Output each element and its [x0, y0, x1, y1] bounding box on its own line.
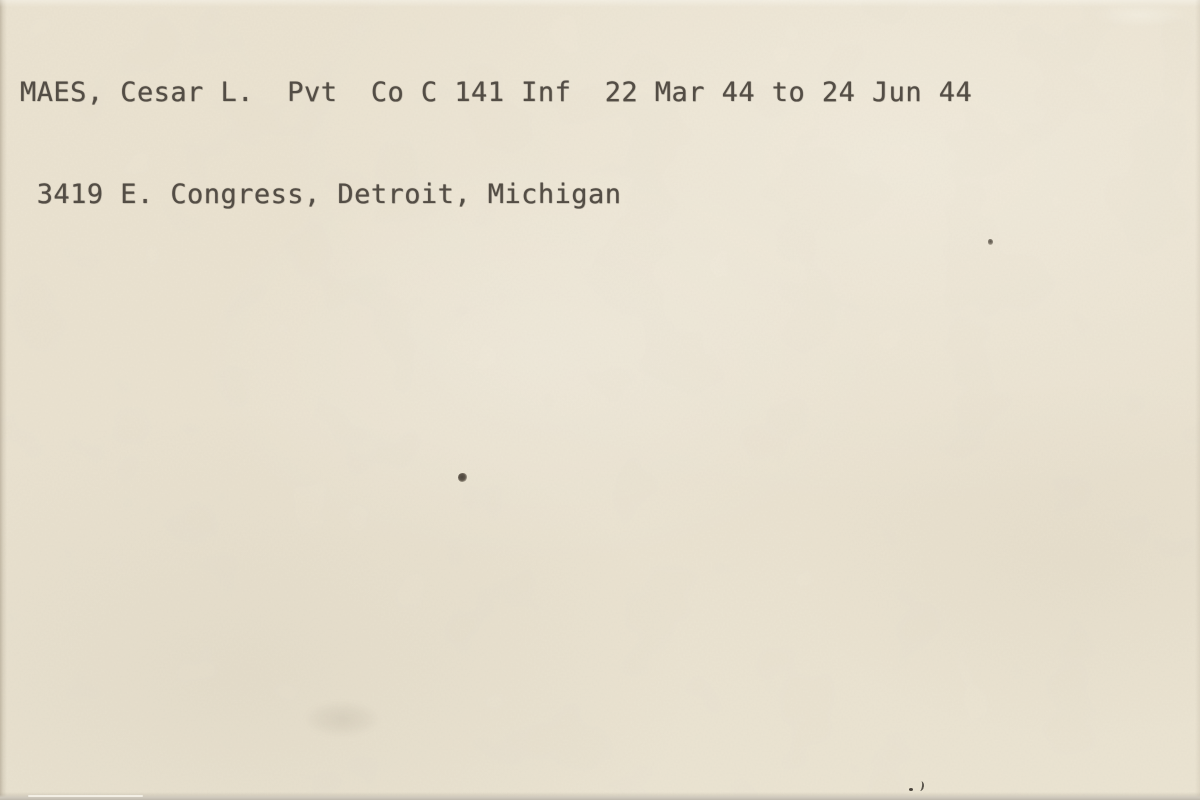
- scan-edge-highlight: [28, 795, 143, 798]
- dust-speck-upper-right: [988, 239, 993, 245]
- smudge-stain: [292, 696, 392, 742]
- scan-edge-bottom: [0, 792, 1200, 800]
- typed-line-address: 3419 E. Congress, Detroit, Michigan: [20, 178, 972, 212]
- card-edge-left: [0, 0, 7, 800]
- card-edge-right: [1195, 0, 1200, 800]
- ink-speck-center: [458, 473, 467, 482]
- card-edge-top: [0, 0, 1200, 7]
- typewritten-text-block: MAES, Cesar L. Pvt Co C 141 Inf 22 Mar 4…: [20, 8, 972, 280]
- index-card: MAES, Cesar L. Pvt Co C 141 Inf 22 Mar 4…: [0, 0, 1200, 800]
- pen-mark-dot-bottom: [909, 788, 913, 791]
- pen-mark-curve-bottom: [915, 780, 924, 791]
- typed-line-service-record: MAES, Cesar L. Pvt Co C 141 Inf 22 Mar 4…: [20, 76, 972, 110]
